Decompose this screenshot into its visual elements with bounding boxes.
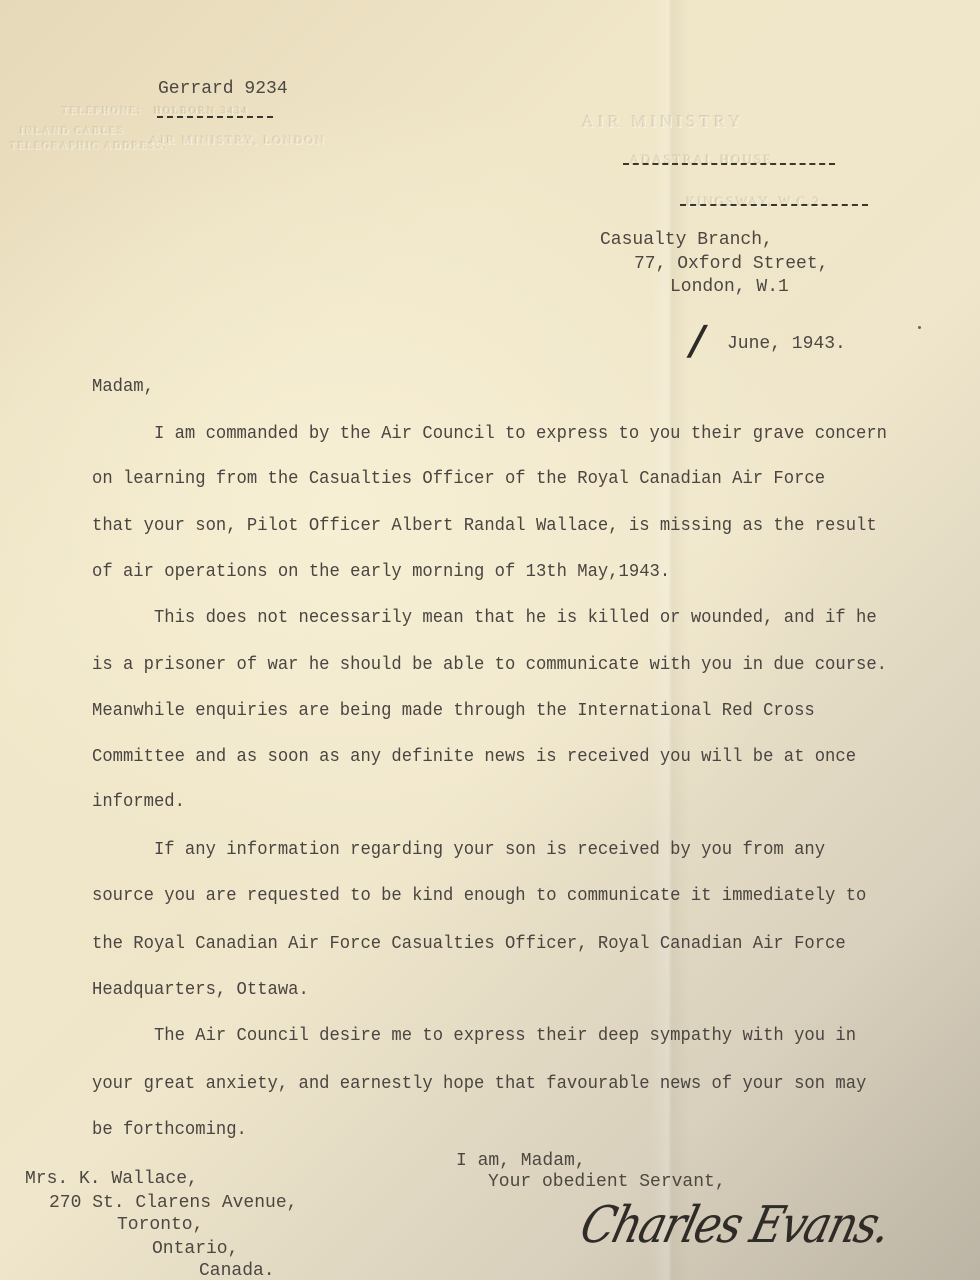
paragraph-2-line-3: Meanwhile enquiries are being made throu… — [92, 700, 815, 722]
telephone-strikethrough — [157, 116, 273, 118]
letterhead-address-line1: Adastral House — [630, 152, 773, 168]
closing-line-2: Your obedient Servant, — [488, 1171, 726, 1193]
sender-address-line2: 77, Oxford Street, — [634, 253, 828, 275]
recipient-line-2: 270 St. Clarens Avenue, — [49, 1192, 297, 1214]
paper-speck — [918, 326, 921, 329]
letterhead-telephone-label: Telephone: — [62, 106, 143, 117]
letterhead-ministry-name: Air Ministry — [582, 112, 745, 132]
closing-line-1: I am, Madam, — [456, 1150, 586, 1172]
telephone-typed: Gerrard 9234 — [158, 78, 288, 100]
paragraph-2-line-1: This does not necessarily mean that he i… — [92, 607, 877, 629]
paragraph-2-line-4: Committee and as soon as any definite ne… — [92, 746, 856, 768]
paragraph-4-line-2: your great anxiety, and earnestly hope t… — [92, 1073, 866, 1095]
paragraph-1-line-4: of air operations on the early morning o… — [92, 561, 670, 583]
letterhead-address-line2: Kingsway, W.C.2 — [686, 194, 821, 210]
salutation: Madam, — [92, 376, 154, 398]
paragraph-3-line-1: If any information regarding your son is… — [92, 839, 825, 861]
paragraph-1-line-1: I am commanded by the Air Council to exp… — [92, 423, 887, 445]
recipient-line-1: Mrs. K. Wallace, — [25, 1168, 198, 1190]
paragraph-3-line-2: source you are requested to be kind enou… — [92, 885, 866, 907]
recipient-line-3: Toronto, — [117, 1214, 203, 1236]
paragraph-3-line-4: Headquarters, Ottawa. — [92, 979, 309, 1001]
recipient-line-5: Canada. — [199, 1260, 275, 1280]
paragraph-2-line-2: is a prisoner of war he should be able t… — [92, 654, 887, 676]
paragraph-4-line-3: be forthcoming. — [92, 1119, 247, 1141]
paragraph-1-line-2: on learning from the Casualties Officer … — [92, 468, 825, 490]
address-line1-strikethrough — [623, 163, 835, 165]
date-typed: June, 1943. — [727, 333, 846, 355]
letterhead-telegrams-label: Telegraphic Address: — [10, 141, 169, 152]
paragraph-4-line-1: The Air Council desire me to express the… — [92, 1025, 856, 1047]
signature: Charles Evans. — [575, 1196, 896, 1255]
paragraph-1-line-3: that your son, Pilot Officer Albert Rand… — [92, 515, 877, 537]
paragraph-2-line-5: informed. — [92, 791, 185, 813]
letterhead-telegrams-prefix: Inland Cables — [20, 126, 125, 137]
recipient-line-4: Ontario, — [152, 1238, 238, 1260]
letterhead-telegrams-value: Air Ministry, London — [150, 133, 326, 148]
sender-address-line1: Casualty Branch, — [600, 229, 773, 251]
address-line2-strikethrough — [680, 204, 868, 206]
sender-address-line3: London, W.1 — [670, 276, 789, 298]
paragraph-3-line-3: the Royal Canadian Air Force Casualties … — [92, 933, 846, 955]
